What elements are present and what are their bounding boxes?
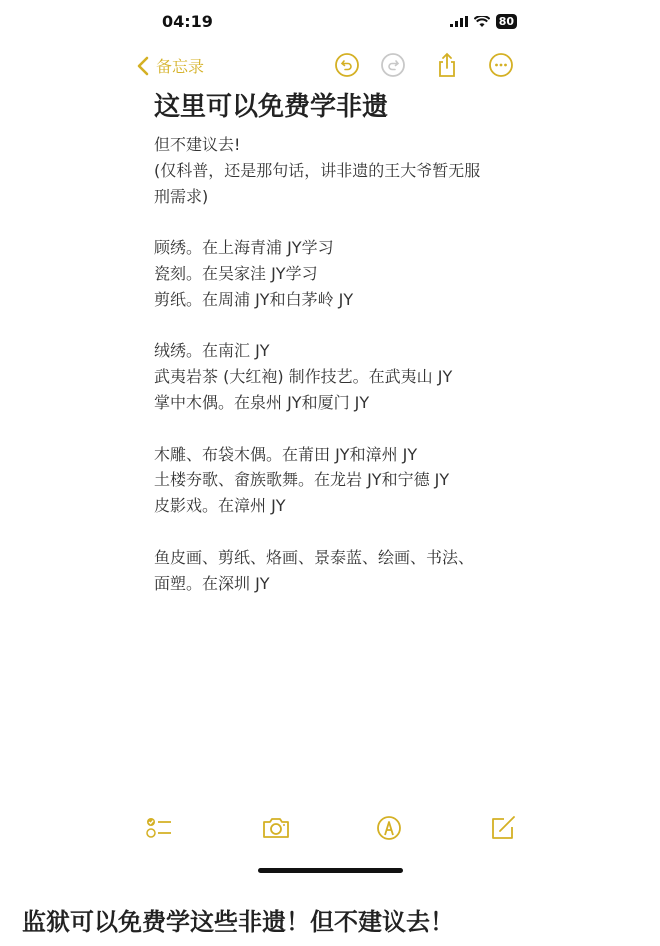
checklist-icon xyxy=(145,815,173,841)
note-line xyxy=(154,209,514,235)
note-line: 面塑。在深圳 JY xyxy=(154,571,514,597)
back-button[interactable]: 备忘录 xyxy=(136,54,204,77)
note-line: 剪纸。在周浦 JY和白茅岭 JY xyxy=(154,287,514,313)
status-time: 04:19 xyxy=(162,12,213,31)
wifi-icon xyxy=(474,16,490,28)
note-line: 土楼夯歌、畲族歌舞。在龙岩 JY和宁德 JY xyxy=(154,467,514,493)
note-line: 皮影戏。在漳州 JY xyxy=(154,493,514,519)
note-line: 木雕、布袋木偶。在莆田 JY和漳州 JY xyxy=(154,442,514,468)
undo-button[interactable] xyxy=(334,52,360,78)
redo-button[interactable] xyxy=(380,52,406,78)
bottom-toolbar xyxy=(145,815,517,841)
note-line: 但不建议去! xyxy=(154,132,514,158)
note-line: 绒绣。在南汇 JY xyxy=(154,338,514,364)
note-line: 武夷岩茶 (大红袍) 制作技艺。在武夷山 JY xyxy=(154,364,514,390)
share-button[interactable] xyxy=(434,52,460,78)
camera-icon xyxy=(262,815,290,841)
note-line: 鱼皮画、剪纸、烙画、景泰蓝、绘画、书法、 xyxy=(154,545,514,571)
more-button[interactable] xyxy=(488,52,514,78)
note-body[interactable]: 这里可以免费学非遗 但不建议去! (仅科普，还是那句话，讲非遗的王大爷暂无服 刑… xyxy=(154,90,514,596)
checklist-button[interactable] xyxy=(145,815,173,841)
markup-button[interactable] xyxy=(375,815,403,841)
share-icon xyxy=(434,52,460,78)
note-line: (仅科普，还是那句话，讲非遗的王大爷暂无服 xyxy=(154,158,514,184)
redo-icon xyxy=(380,52,406,78)
note-line xyxy=(154,519,514,545)
chevron-left-icon xyxy=(136,56,150,76)
status-bar: 04:19 80 xyxy=(162,12,517,36)
note-line xyxy=(154,416,514,442)
compose-button[interactable] xyxy=(489,815,517,841)
back-label: 备忘录 xyxy=(156,54,204,77)
notes-app-screen: 04:19 80 备忘录 xyxy=(0,0,660,890)
undo-icon xyxy=(334,52,360,78)
nav-bar: 备忘录 xyxy=(136,52,518,82)
home-indicator[interactable] xyxy=(258,868,403,873)
status-icons: 80 xyxy=(450,14,517,29)
more-icon xyxy=(488,52,514,78)
note-line: 瓷刻。在吴家洼 JY学习 xyxy=(154,261,514,287)
signal-icon xyxy=(450,16,468,28)
note-line: 顾绣。在上海青浦 JY学习 xyxy=(154,235,514,261)
camera-button[interactable] xyxy=(262,815,290,841)
note-title: 这里可以免费学非遗 xyxy=(154,90,514,124)
battery-icon: 80 xyxy=(496,14,517,29)
note-line xyxy=(154,313,514,339)
note-line: 掌中木偶。在泉州 JY和厦门 JY xyxy=(154,390,514,416)
note-line: 刑需求) xyxy=(154,184,514,210)
markup-icon xyxy=(375,815,403,841)
compose-icon xyxy=(489,815,517,841)
image-caption: 监狱可以免费学这些非遗！但不建议去！ xyxy=(22,902,454,937)
